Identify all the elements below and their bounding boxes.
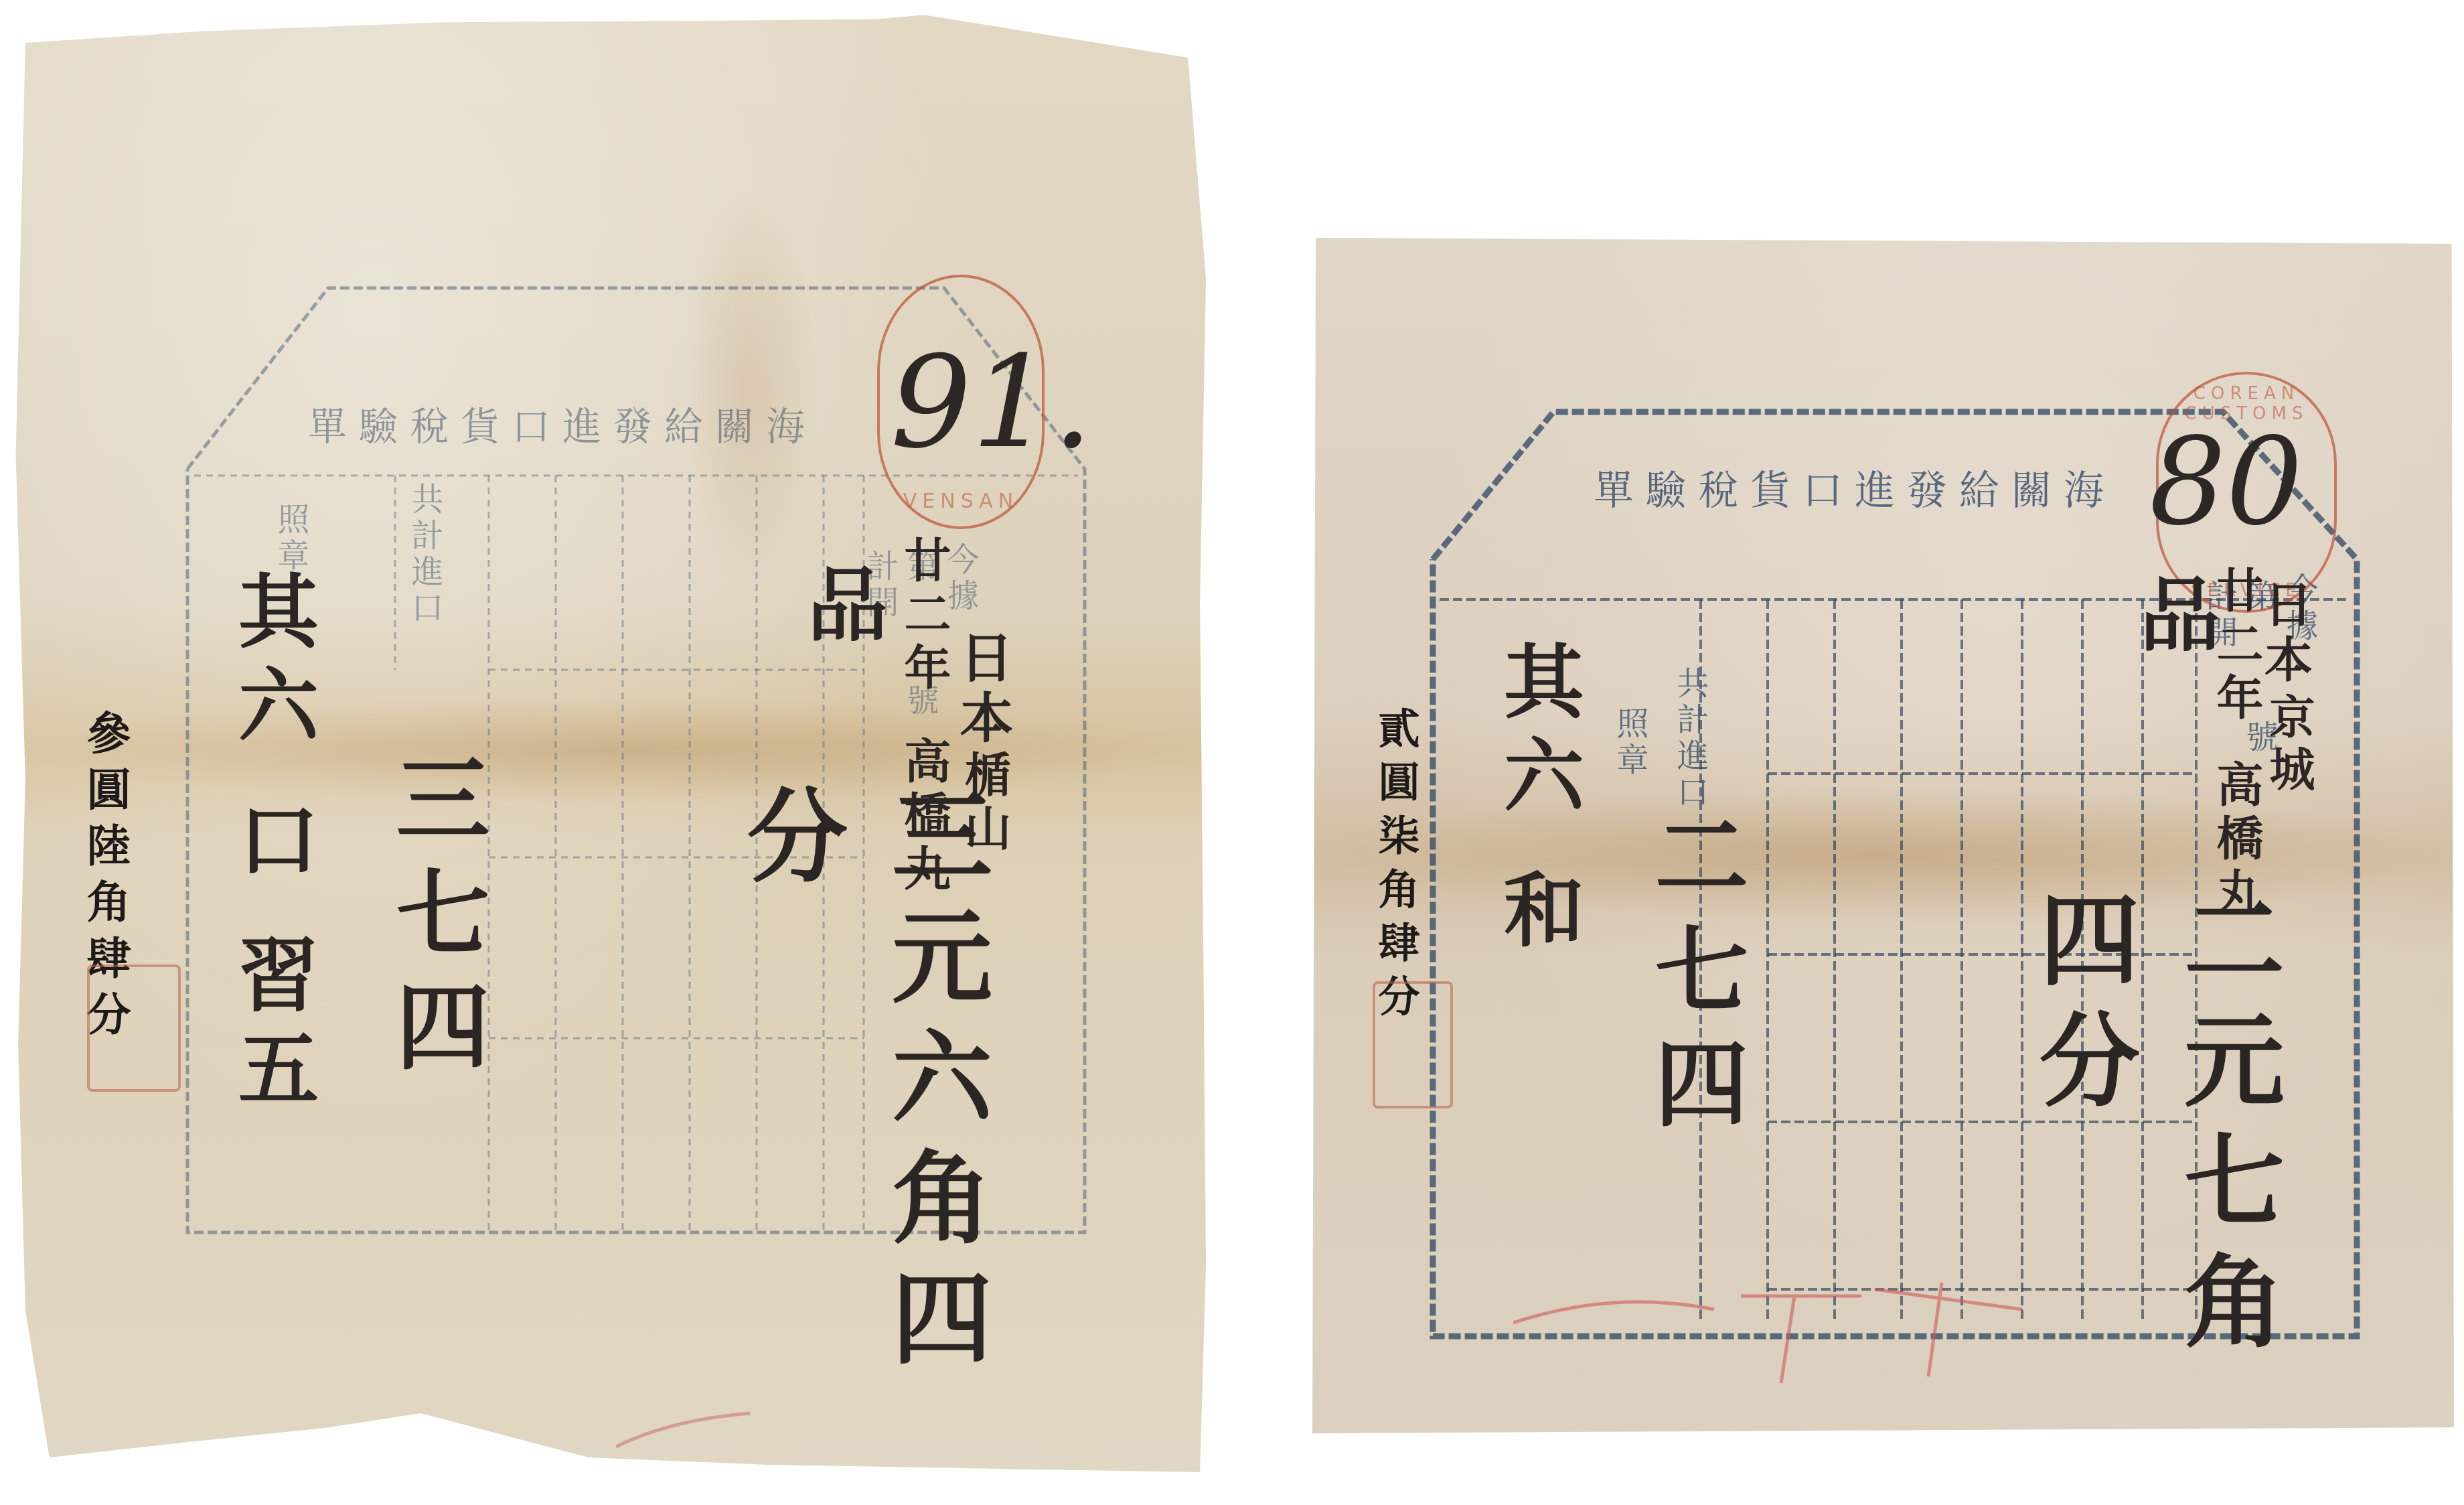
serial-number: 80	[2149, 412, 2303, 552]
square-seal	[87, 964, 181, 1092]
printed-label-total-import: 共計進口	[1667, 666, 1713, 811]
printed-form-title: 海關給發進口貨稅驗單	[308, 395, 817, 451]
customs-receipt-right: 海關給發進口貨稅驗單 今據 第 號 計開 共計進口 照章 COREAN CUST…	[1312, 238, 2454, 1433]
printed-label-zhaozhang: 照章	[268, 502, 314, 575]
handwritten-goods-label: 品	[2116, 573, 2231, 660]
red-pencil-mark	[1513, 1269, 2116, 1403]
printed-label-total-import: 共計進口	[402, 482, 448, 627]
square-seal	[1373, 981, 1453, 1108]
handwritten-quantity: 三七四	[368, 750, 503, 1092]
stamp-text: VENSAN	[880, 490, 1042, 513]
handwritten-quantity: 二七四	[1627, 807, 1762, 1149]
customs-receipt-left: 海關給發進口貨稅驗單 今據 第 號 計開 共計進口 照章 VENSAN 91. …	[13, 13, 1212, 1487]
handwritten-item: 其六 口 習五	[214, 569, 329, 1121]
handwritten-year: 廿二年	[891, 536, 958, 697]
printed-total-amount: 貳圓柒角肆分	[1366, 707, 1426, 1028]
handwritten-goods-label: 品	[783, 563, 899, 650]
handwritten-duty-amount: 三元六角四分	[716, 784, 1006, 1487]
serial-number: 91.	[891, 328, 1093, 476]
printed-form-title: 海關給發進口貨稅驗單	[1594, 459, 2116, 516]
red-pencil-mark	[616, 1393, 817, 1460]
handwritten-item: 其六 和	[1480, 640, 1595, 962]
printed-label-zhaozhang: 照章	[1607, 707, 1653, 779]
